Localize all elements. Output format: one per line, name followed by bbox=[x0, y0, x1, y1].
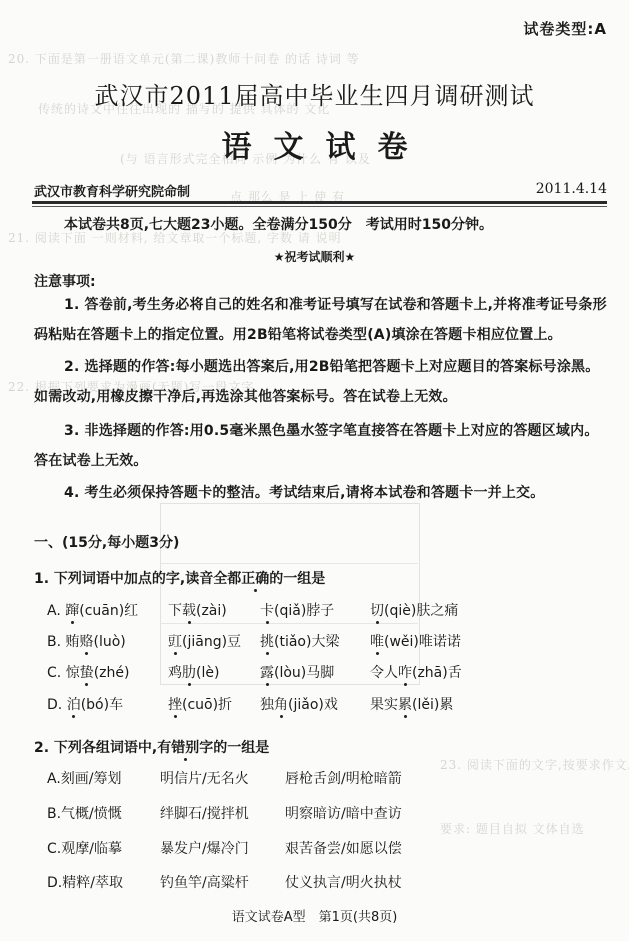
pinyin-annotation: (jiǎo)戏 bbox=[288, 697, 338, 713]
issuer-label: 武汉市教育科学研究院命制 bbox=[34, 181, 190, 200]
question-1-stem: 1. 下列词语中加点的字,读音全都正确的一组是 bbox=[34, 568, 325, 588]
pinyin-annotation: (wěi)唯诺诺 bbox=[384, 634, 461, 650]
option-c: C.观摩/临摹 bbox=[47, 838, 122, 858]
dotted-character: 挑 bbox=[260, 634, 274, 650]
option-label: B. bbox=[47, 634, 66, 650]
notice-item-4: 4. 考生必须保持答题卡的整洁。考试结束后,请将本试卷和答题卡一并上交。 bbox=[34, 478, 612, 508]
pinyin-annotation: (zhā)舌 bbox=[412, 665, 462, 681]
notice-item-3: 3. 非选择题的作答:用0.5毫米黑色墨水签字笔直接答在答题卡上对应的答题区域内… bbox=[34, 416, 612, 476]
paper-type-label: 试卷类型:A bbox=[523, 18, 607, 39]
option-term: 挫(cuō)折 bbox=[168, 694, 232, 714]
header-divider bbox=[32, 201, 607, 204]
dotted-character: 蹿 bbox=[65, 603, 79, 619]
pinyin-annotation: (cuō)折 bbox=[182, 697, 232, 713]
option-a: A. 蹿(cuān)红 bbox=[47, 600, 138, 620]
dotted-character: 累 bbox=[398, 697, 412, 713]
dotted-character: 挫 bbox=[168, 697, 182, 713]
stem-text: 1. 下列词语中加点的字,读音全都 bbox=[34, 571, 241, 587]
notice-item-2: 2. 选择题的作答:每小题选出答案后,用2B铅笔把答题卡上对应题目的答案标号涂黑… bbox=[34, 352, 612, 412]
dotted-character: 露 bbox=[260, 665, 274, 681]
option-term: 果实累(lěi)累 bbox=[370, 694, 453, 714]
stem-text: 2. 下列各组词语中, bbox=[34, 740, 157, 756]
pinyin-annotation: (jiāng)豆 bbox=[182, 634, 241, 650]
option-label: D. bbox=[47, 697, 67, 713]
option-c: C. 惊蛰(zhé) bbox=[47, 662, 129, 682]
option-term: 绊脚石/搅拌机 bbox=[160, 803, 249, 823]
term-text: 独 bbox=[260, 697, 274, 713]
pinyin-annotation: (zài) bbox=[196, 603, 227, 619]
dotted-character: 切 bbox=[370, 603, 384, 619]
dotted-character: 角 bbox=[274, 697, 288, 713]
emphasized-text: 正确 bbox=[241, 571, 269, 587]
pinyin-annotation: (lè) bbox=[196, 665, 219, 681]
pinyin-annotation: (qiǎ)脖子 bbox=[274, 603, 334, 619]
pinyin-annotation: (lòu)马脚 bbox=[274, 665, 334, 681]
dotted-character: 赂 bbox=[80, 634, 94, 650]
option-term: 下载(zài) bbox=[168, 600, 227, 620]
option-term: 仗义执言/明火执杖 bbox=[285, 872, 402, 892]
option-term: 令人咋(zhā)舌 bbox=[370, 662, 462, 682]
option-d: D.精粹/萃取 bbox=[47, 872, 123, 892]
option-term: 露(lòu)马脚 bbox=[260, 662, 334, 682]
pinyin-annotation: (luò) bbox=[94, 634, 126, 650]
term-text: 贿 bbox=[66, 634, 80, 650]
dotted-character: 载 bbox=[182, 603, 196, 619]
dotted-character: 咋 bbox=[398, 665, 412, 681]
bleed-through-text: 23. 阅读下面的文字,按要求作文。(60分) bbox=[440, 756, 629, 773]
emphasized-text: 有错别字 bbox=[157, 740, 213, 756]
option-term: 艰苦备尝/如愿以偿 bbox=[285, 838, 402, 858]
option-b: B.气概/愤慨 bbox=[47, 803, 122, 823]
stem-text: 的一组是 bbox=[213, 740, 269, 756]
question-2-stem: 2. 下列各组词语中,有错别字的一组是 bbox=[34, 737, 269, 757]
stem-text: 的一组是 bbox=[269, 571, 325, 587]
term-text: 惊 bbox=[66, 665, 80, 681]
option-label: A. bbox=[47, 603, 65, 619]
dotted-character: 卡 bbox=[260, 603, 274, 619]
option-term: 明信片/无名火 bbox=[160, 768, 249, 788]
option-term: 卡(qiǎ)脖子 bbox=[260, 600, 334, 620]
term-text: 令人 bbox=[370, 665, 398, 681]
pinyin-annotation: (tiǎo)大梁 bbox=[274, 634, 339, 650]
dotted-character: 豇 bbox=[168, 634, 182, 650]
term-text: 下 bbox=[168, 603, 182, 619]
pinyin-annotation: (cuān)红 bbox=[79, 603, 138, 619]
dotted-character: 泊 bbox=[67, 697, 81, 713]
bleed-through-divider bbox=[160, 563, 418, 564]
header-divider-thin bbox=[32, 206, 607, 207]
pinyin-annotation: (qiè)肤之痛 bbox=[384, 603, 458, 619]
exam-date: 2011.4.14 bbox=[536, 181, 607, 197]
option-term: 豇(jiāng)豆 bbox=[168, 631, 241, 651]
page-footer: 语文试卷A型 第1页(共8页) bbox=[0, 906, 629, 925]
good-luck-banner: ★祝考试顺利★ bbox=[0, 248, 629, 265]
option-term: 独角(jiǎo)戏 bbox=[260, 694, 338, 714]
dotted-character: 唯 bbox=[370, 634, 384, 650]
pinyin-annotation: (zhé) bbox=[94, 665, 130, 681]
option-a: A.刻画/筹划 bbox=[47, 768, 122, 788]
option-label: C. bbox=[47, 665, 66, 681]
option-d: D. 泊(bó)车 bbox=[47, 694, 123, 714]
dotted-character: 蛰 bbox=[80, 665, 94, 681]
notice-item-1: 1. 答卷前,考生务必将自己的姓名和准考证号填写在试卷和答题卡上,并将准考证号条… bbox=[34, 290, 612, 350]
option-b: B. 贿赂(luò) bbox=[47, 631, 126, 651]
subject-title: 语文试卷 bbox=[0, 122, 629, 166]
section-heading: 一、(15分,每小题3分) bbox=[34, 532, 179, 552]
exam-title: 武汉市2011届高中毕业生四月调研测试 bbox=[0, 76, 629, 111]
pinyin-annotation: (bó)车 bbox=[81, 697, 123, 713]
term-text: 果实 bbox=[370, 697, 398, 713]
notice-heading: 注意事项: bbox=[34, 271, 96, 291]
option-term: 暴发户/爆冷门 bbox=[160, 838, 249, 858]
bleed-through-text: 20. 下面是第一册语文单元(第二课)教师十问卷 的话 诗词 等 bbox=[8, 50, 360, 67]
dotted-character: 肋 bbox=[182, 665, 196, 681]
option-term: 挑(tiǎo)大梁 bbox=[260, 631, 339, 651]
exam-summary: 本试卷共8页,七大题23小题。全卷满分150分 考试用时150分钟。 bbox=[64, 214, 493, 234]
option-term: 唯(wěi)唯诺诺 bbox=[370, 631, 461, 651]
bleed-through-divider bbox=[160, 623, 418, 624]
bleed-through-illustration bbox=[160, 503, 420, 685]
option-term: 唇枪舌剑/明枪暗箭 bbox=[285, 768, 402, 788]
term-text: 鸡 bbox=[168, 665, 182, 681]
pinyin-annotation: (lěi)累 bbox=[412, 697, 453, 713]
option-term: 明察暗访/暗中查访 bbox=[285, 803, 402, 823]
option-term: 切(qiè)肤之痛 bbox=[370, 600, 458, 620]
bleed-through-text: 要求: 题目自拟 文体自选 bbox=[440, 820, 585, 837]
option-term: 鸡肋(lè) bbox=[168, 662, 219, 682]
option-term: 钓鱼竿/高粱杆 bbox=[160, 872, 249, 892]
